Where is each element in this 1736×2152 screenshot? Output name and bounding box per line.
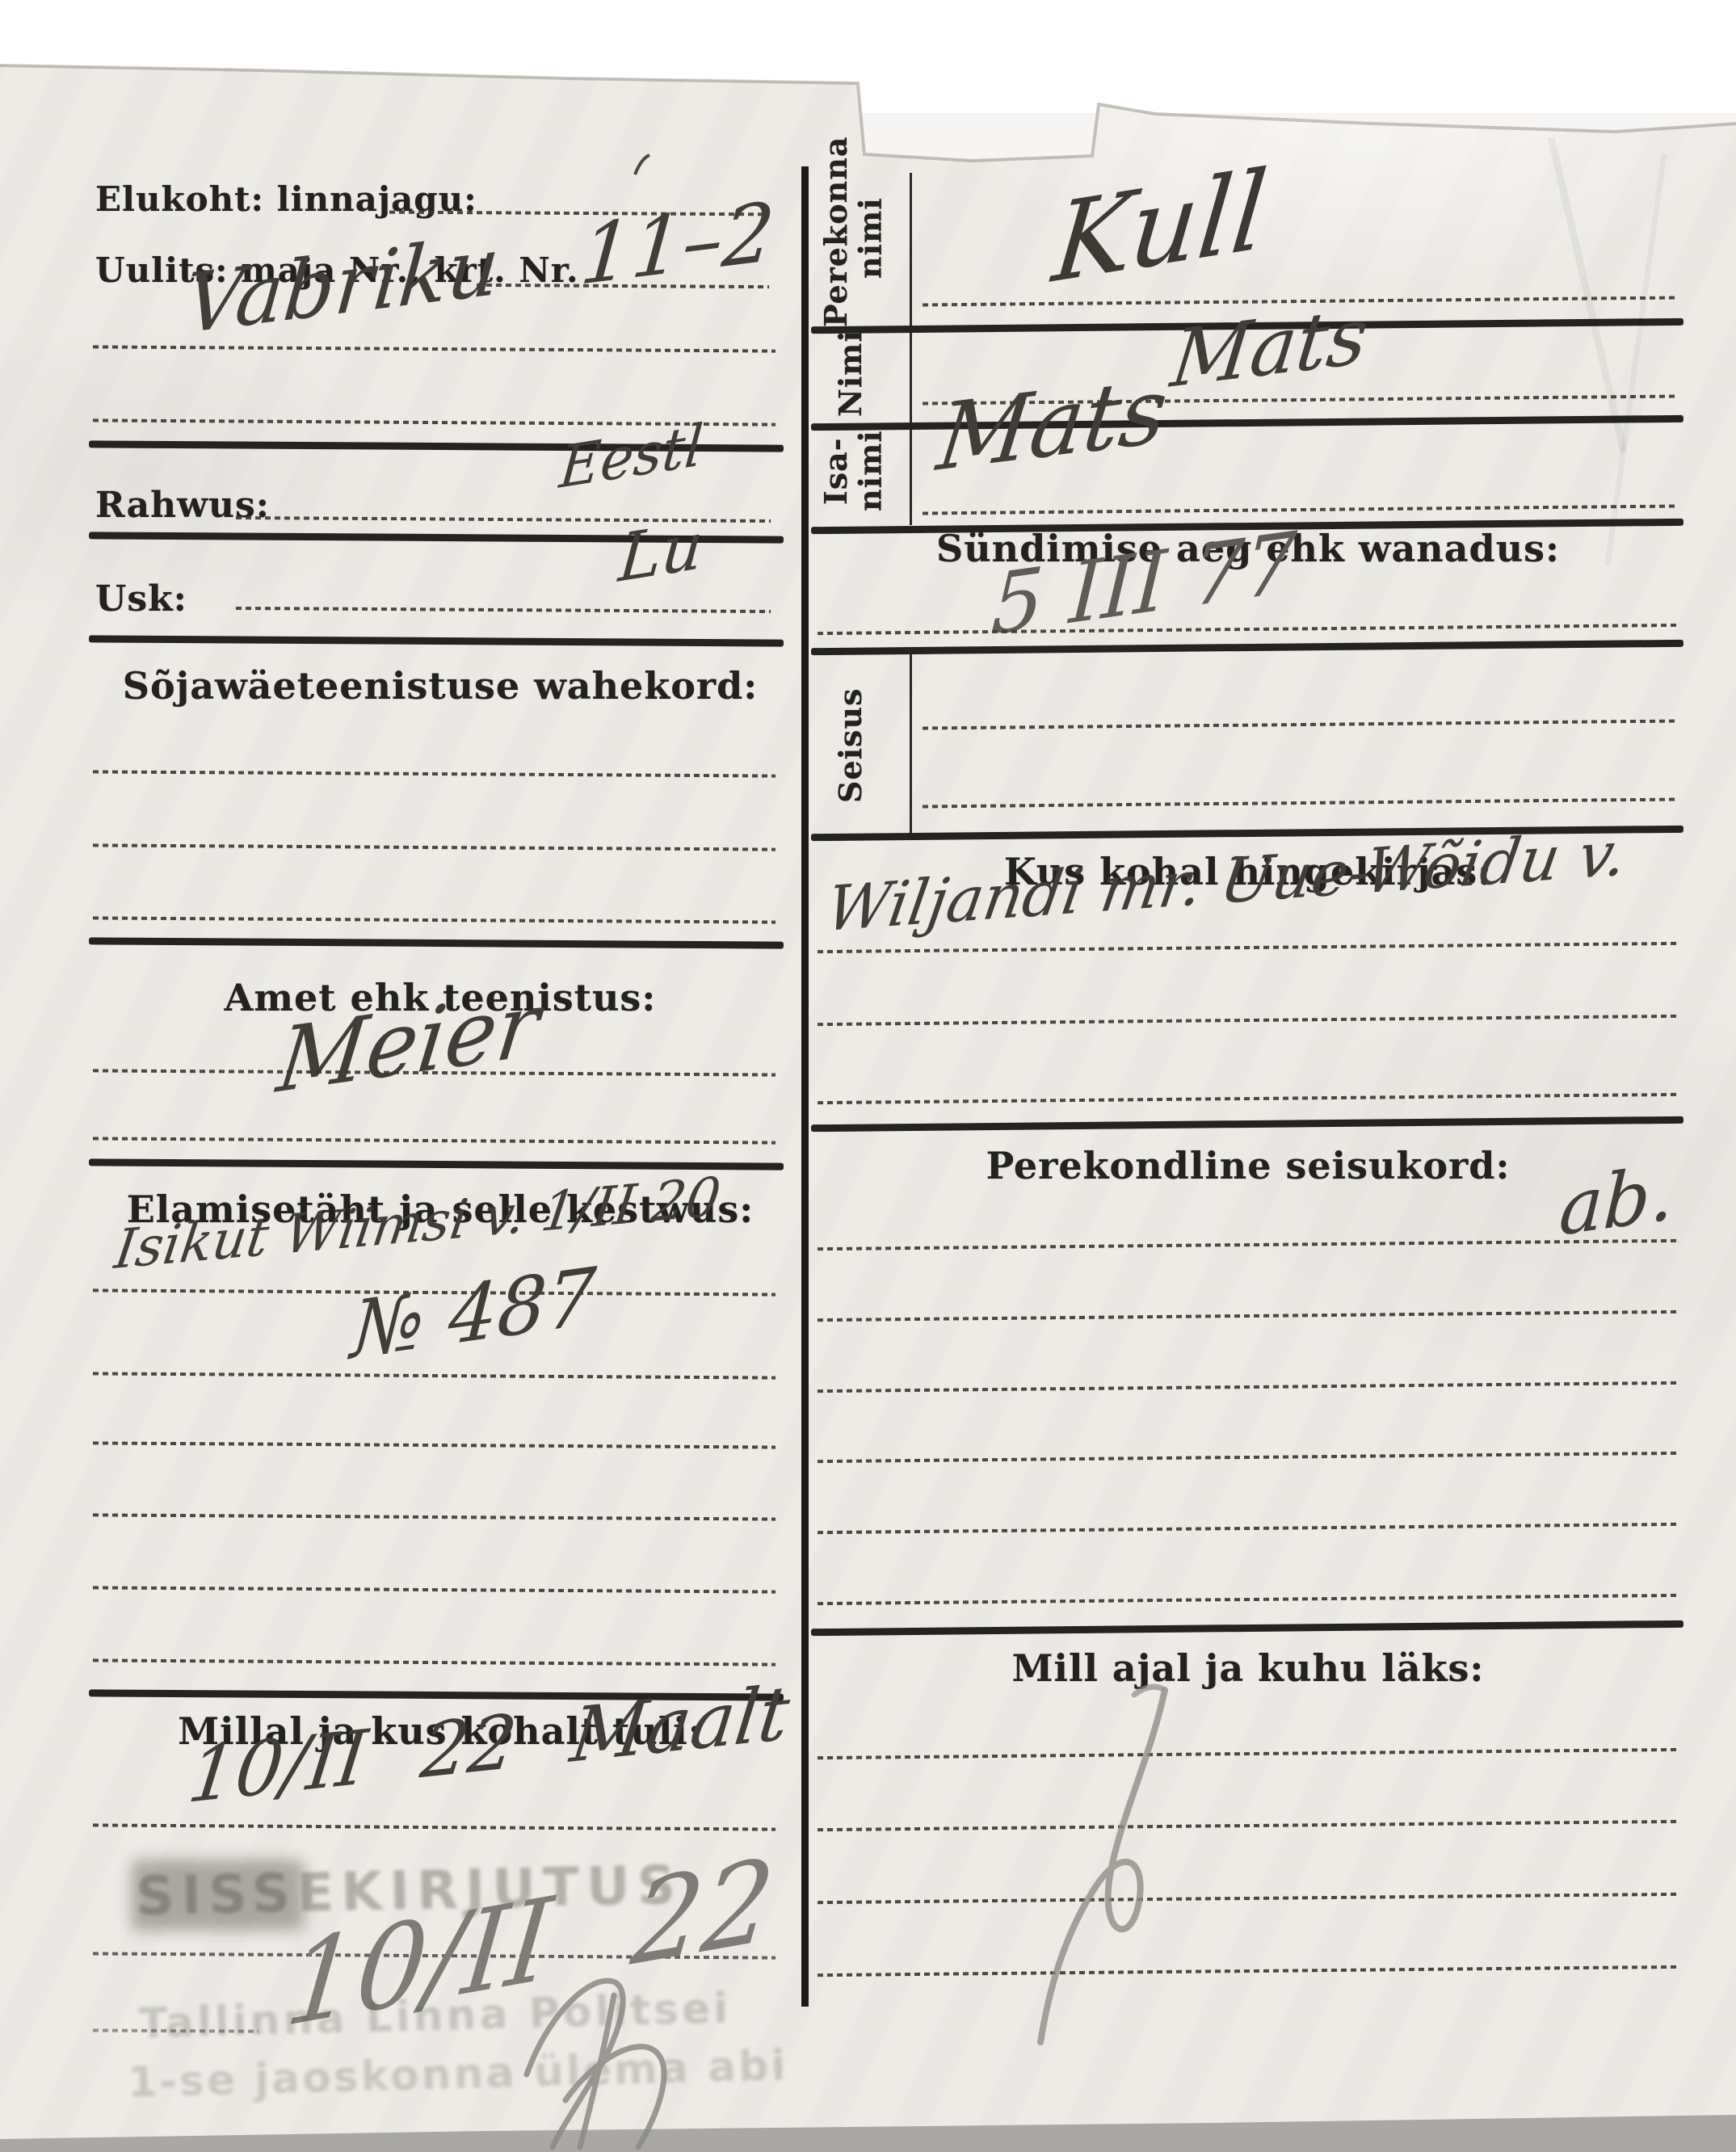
father-name-label-line2: nimi [854, 422, 889, 520]
handwriting-religion: Lu [616, 512, 706, 592]
label-column-rule [910, 173, 912, 525]
field-rahwus-label: Rahwus: [95, 485, 270, 526]
status-label: Seisus [834, 669, 868, 822]
field-first-name-label: Nimi [834, 330, 868, 417]
handwriting-marital-status: ab. [1557, 1156, 1676, 1247]
family-name-label-line1: Perekonna [819, 149, 854, 327]
family-name-label-line2: nimi [854, 149, 889, 327]
label-column-rule [910, 651, 912, 834]
handwriting-first-name: Mats [1167, 296, 1372, 399]
first-name-label: Nimi [834, 330, 868, 417]
field-status-label: Seisus [834, 669, 868, 822]
handwriting-family-name: Kull [1049, 156, 1272, 299]
handwriting-father-name: Mats [933, 364, 1172, 485]
section-military-label: Sõjawäeteenistuse wahekord: [93, 664, 788, 708]
father-name-label-line1: Isa- [819, 422, 854, 520]
field-father-name-label: Isa- nimi [819, 422, 888, 520]
field-family-name-label: Perekonna nimi [819, 149, 888, 327]
center-divider-rule [801, 166, 809, 2007]
section-departure-label: Mill ajal ja kuhu läks: [816, 1646, 1680, 1690]
section-marital-status-label: Perekondline seisukord: [816, 1144, 1680, 1187]
scanned-registration-card: Elukoht: linnajagu: Uulits: maja Nr., kr… [0, 0, 1736, 2152]
field-usk-label: Usk: [95, 578, 187, 620]
